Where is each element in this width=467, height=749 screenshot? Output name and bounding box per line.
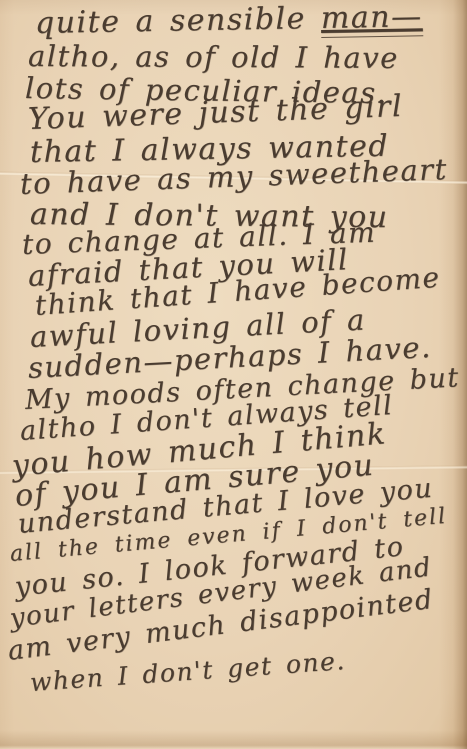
letter-text: altho, as of old I have <box>28 39 399 75</box>
letter-text: quite a sensible <box>35 1 322 41</box>
letter-text-underlined: man— <box>321 0 423 38</box>
letter-page: quite a sensible man— altho, as of old I… <box>0 0 467 749</box>
letter-line: quite a sensible man— <box>35 0 423 41</box>
letter-line: altho, as of old I have <box>28 39 399 75</box>
